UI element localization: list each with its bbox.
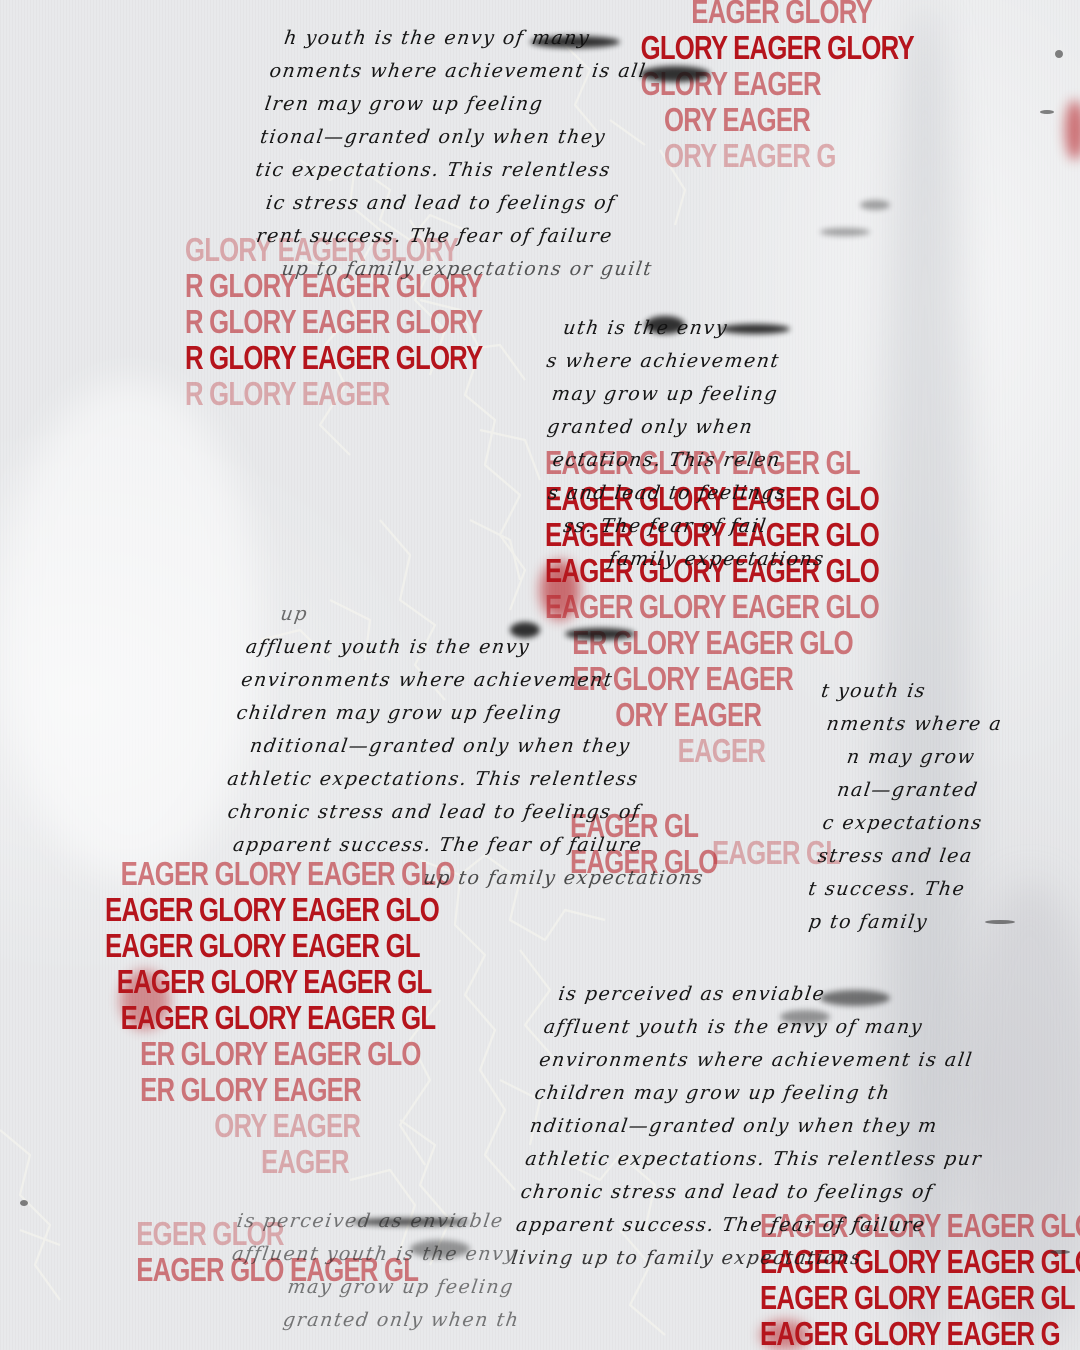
script-line: environments where achievement is all [537, 1044, 998, 1077]
stamp-line: EAGER GLORY EAGER GLO [105, 892, 455, 928]
script-line: uth is the envy [549, 312, 860, 345]
red-smear [120, 970, 170, 1030]
ink-speck [1040, 110, 1054, 114]
script-line: up to family expectations or guilt [239, 253, 654, 286]
script-line: chronic stress and lead to feelings of [220, 796, 715, 829]
script-line: living up to family expectations [509, 1242, 970, 1275]
script-line: h youth is the envy of many [272, 22, 687, 55]
script-line: affluent youth is the envy [230, 1238, 531, 1271]
ink-smudge [860, 200, 890, 210]
red-smear [760, 1320, 810, 1350]
stamp-line: R GLORY EAGER [185, 376, 482, 412]
ink-smudge [565, 628, 635, 640]
script-line: apparent success. The fear of failure [514, 1209, 975, 1242]
script-line: rent success. The fear of failure [244, 220, 659, 253]
script-line: lren may grow up feeling [263, 88, 678, 121]
script-line: p to family [786, 906, 976, 939]
ink-smudge [410, 1240, 470, 1258]
script-line: stress and lea [796, 840, 986, 873]
ink-smudge [350, 1218, 470, 1226]
script-line: tional—granted only when they [258, 121, 673, 154]
ink-smudge [645, 316, 685, 334]
stamp-line: ORY EAGER [105, 1108, 455, 1144]
script-line: nal—granted [805, 774, 995, 807]
script-line: athletic expectations. This relentless [225, 763, 720, 796]
script-block-right-upper: uth is the envy s where achievement may … [516, 312, 859, 576]
script-line: athletic expectations. This relentless p… [523, 1143, 984, 1176]
ink-speck [20, 1200, 28, 1206]
script-line: onments where achievement is all [267, 55, 682, 88]
stamp-line: EAGER GLORY EAGER GL [760, 1280, 1080, 1316]
script-block-bottom-right: is perceived as enviable affluent youth … [509, 978, 1007, 1275]
script-line: is perceived as enviable [546, 978, 1007, 1011]
ink-smudge [820, 228, 870, 236]
ink-smudge [640, 66, 710, 82]
script-line: up to family expectations [211, 862, 706, 895]
script-line: n may grow [810, 741, 1000, 774]
script-line: up [248, 598, 743, 631]
script-line: apparent success. The fear of failure [216, 829, 711, 862]
script-line: nditional—granted only when they [230, 730, 725, 763]
script-line: nments where a [814, 708, 1004, 741]
script-line: may grow up feeling [225, 1271, 526, 1304]
script-block-top: h youth is the envy of many onments wher… [239, 22, 687, 286]
script-line: granted only when th [221, 1304, 522, 1337]
script-line: children may grow up feeling [234, 697, 729, 730]
script-line: ss. The fear of fail [521, 510, 832, 543]
script-block-middle-right: t youth is nments where a n may grow nal… [786, 675, 1009, 939]
ink-smudge [820, 990, 890, 1006]
ink-smudge [530, 36, 620, 48]
stamp-line: ER GLORY EAGER GLO [105, 1036, 455, 1072]
script-line: t youth is [819, 675, 1009, 708]
ink-smudge [510, 622, 540, 638]
stamp-line: EAGER [105, 1144, 455, 1180]
script-line: ic stress and lead to feelings of [249, 187, 664, 220]
script-line: environments where achievement [239, 664, 734, 697]
script-block-middle: up affluent youth is the envy environmen… [211, 598, 743, 895]
stamp-line: EAGER GLORY EAGER GL [105, 928, 455, 964]
script-line: family expectations [516, 543, 827, 576]
script-line: chronic stress and lead to feelings of [518, 1176, 979, 1209]
ink-smudge [780, 1010, 830, 1024]
script-line: granted only when [535, 411, 846, 444]
ink-speck [1055, 50, 1063, 58]
script-line: children may grow up feeling th [532, 1077, 993, 1110]
ink-speck [1050, 1250, 1070, 1254]
stamp-line: R GLORY EAGER GLORY [185, 304, 482, 340]
ink-smudge [720, 324, 790, 334]
script-line: tic expectations. This relentless [253, 154, 668, 187]
script-line: may grow up feeling [540, 378, 851, 411]
fabric-photo: EAGER GLORY GLORY EAGER GLORY GLORY EAGE… [0, 0, 1080, 1350]
script-line: affluent youth is the envy [244, 631, 739, 664]
script-line: c expectations [800, 807, 990, 840]
script-line: nditional—granted only when they m [528, 1110, 989, 1143]
stamp-line: R GLORY EAGER GLORY [185, 340, 482, 376]
stamp-line: ER GLORY EAGER [105, 1072, 455, 1108]
script-line: t success. The [791, 873, 981, 906]
script-line: s where achievement [544, 345, 855, 378]
ink-speck [985, 920, 1015, 924]
script-line: s and lead to feelings [526, 477, 837, 510]
script-line: affluent youth is the envy of many [542, 1011, 1003, 1044]
red-smear [1065, 100, 1080, 160]
script-line: ectations. This relen [530, 444, 841, 477]
